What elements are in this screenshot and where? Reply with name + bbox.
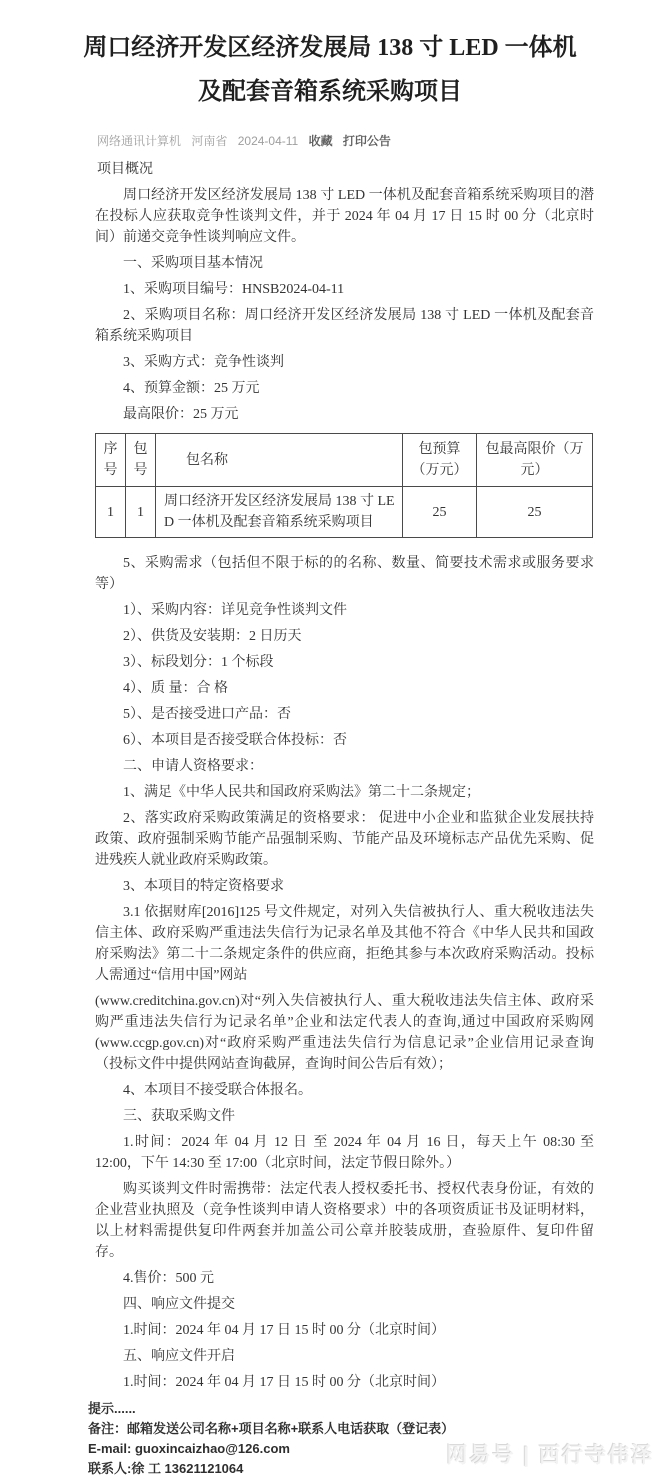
paragraph: 5、采购需求（包括但不限于标的的名称、数量、简要技术需求或服务要求等） (95, 553, 594, 595)
paragraph: 2、采购项目名称：周口经济开发区经济发展局 138 寸 LED 一体机及配套音箱… (95, 305, 594, 347)
paragraph: 四、响应文件提交 (95, 1294, 594, 1315)
table-cell: 1 (126, 487, 156, 538)
body-block-1: 周口经济开发区经济发展局 138 寸 LED 一体机及配套音箱系统采购项目的潜在… (0, 178, 660, 425)
announcement-page: 周口经济开发区经济发展局 138 寸 LED 一体机 及配套音箱系统采购项目 网… (0, 0, 660, 1479)
paragraph: 2）、供货及安装期：2 日历天 (95, 626, 594, 647)
publish-date: 2024-04-11 (238, 134, 299, 148)
paragraph: 3、本项目的特定资格要求 (95, 876, 594, 897)
paragraph: 二、申请人资格要求： (95, 756, 594, 777)
paragraph: 1.时间：2024 年 04 月 17 日 15 时 00 分（北京时间） (95, 1372, 594, 1393)
paragraph: 5）、是否接受进口产品：否 (95, 704, 594, 725)
print-announcement-button[interactable]: 打印公告 (343, 134, 391, 148)
paragraph: 一、采购项目基本情况 (95, 253, 594, 274)
paragraph: 1）、采购内容：详见竞争性谈判文件 (95, 600, 594, 621)
table-row: 11周口经济开发区经济发展局 138 寸 LED 一体机及配套音箱系统采购项目2… (96, 487, 593, 538)
overview-label: 项目概况 (0, 158, 660, 178)
paragraph: 3.1 依据财库[2016]125 号文件规定，对列入失信被执行人、重大税收违法… (95, 902, 594, 986)
table-cell: 1 (96, 487, 126, 538)
paragraph: 1.时间：2024 年 04 月 12 日 至 2024 年 04 月 16 日… (95, 1132, 594, 1174)
table-header-row: 序号包号包名称包预算（万元）包最高限价（万元） (96, 434, 593, 487)
paragraph: 购买谈判文件时需携带：法定代表人授权委托书、授权代表身份证，有效的企业营业执照及… (95, 1179, 594, 1263)
paragraph: 4.售价：500 元 (95, 1268, 594, 1289)
table-cell: 25 (477, 487, 593, 538)
category-tag: 网络通讯计算机 (97, 134, 181, 148)
favorite-button[interactable]: 收藏 (309, 134, 333, 148)
page-title-line2: 及配套音箱系统采购项目 (38, 70, 622, 114)
netease-watermark: 网易号 | 西行寺伟泽 (446, 1439, 654, 1469)
paragraph: 1.时间：2024 年 04 月 17 日 15 时 00 分（北京时间） (95, 1320, 594, 1341)
package-table: 序号包号包名称包预算（万元）包最高限价（万元） 11周口经济开发区经济发展局 1… (95, 433, 593, 538)
paragraph: (www.creditchina.gov.cn)对“列入失信被执行人、重大税收违… (95, 991, 594, 1075)
paragraph: 三、获取采购文件 (95, 1106, 594, 1127)
page-title: 周口经济开发区经济发展局 138 寸 LED 一体机 及配套音箱系统采购项目 (0, 0, 660, 122)
paragraph: 4）、质 量：合 格 (95, 678, 594, 699)
page-title-line1: 周口经济开发区经济发展局 138 寸 LED 一体机 (38, 26, 622, 70)
table-header-cell: 包号 (126, 434, 156, 487)
paragraph: 1、满足《中华人民共和国政府采购法》第二十二条规定； (95, 782, 594, 803)
table-cell: 25 (403, 487, 477, 538)
paragraph: 最高限价：25 万元 (95, 404, 594, 425)
paragraph: 4、预算金额：25 万元 (95, 378, 594, 399)
table-cell: 周口经济开发区经济发展局 138 寸 LED 一体机及配套音箱系统采购项目 (156, 487, 403, 538)
paragraph: 6）、本项目是否接受联合体投标：否 (95, 730, 594, 751)
table-body: 11周口经济开发区经济发展局 138 寸 LED 一体机及配套音箱系统采购项目2… (96, 487, 593, 538)
paragraph: 五、响应文件开启 (95, 1346, 594, 1367)
table-header-cell: 包预算（万元） (403, 434, 477, 487)
paragraph: 周口经济开发区经济发展局 138 寸 LED 一体机及配套音箱系统采购项目的潜在… (95, 185, 594, 248)
table-header-cell: 序号 (96, 434, 126, 487)
table-header-cell: 包最高限价（万元） (477, 434, 593, 487)
meta-bar: 网络通讯计算机 河南省 2024-04-11 收藏 打印公告 (0, 132, 660, 149)
paragraph: 3）、标段划分：1 个标段 (95, 652, 594, 673)
paragraph: 4、本项目不接受联合体报名。 (95, 1080, 594, 1101)
paragraph: 3、采购方式：竞争性谈判 (95, 352, 594, 373)
region-tag: 河南省 (191, 134, 227, 148)
footer-line: 备注：邮箱发送公司名称+项目名称+联系人电话获取（登记表） (88, 1419, 660, 1439)
paragraph: 2、落实政府采购政策满足的资格要求： 促进中小企业和监狱企业发展扶持政策、政府强… (95, 808, 594, 871)
body-block-2: 5、采购需求（包括但不限于标的的名称、数量、简要技术需求或服务要求等）1）、采购… (0, 546, 660, 1393)
table-header-cell: 包名称 (156, 434, 403, 487)
footer-line: 提示...... (88, 1399, 660, 1419)
paragraph: 1、采购项目编号：HNSB2024-04-11 (95, 279, 594, 300)
